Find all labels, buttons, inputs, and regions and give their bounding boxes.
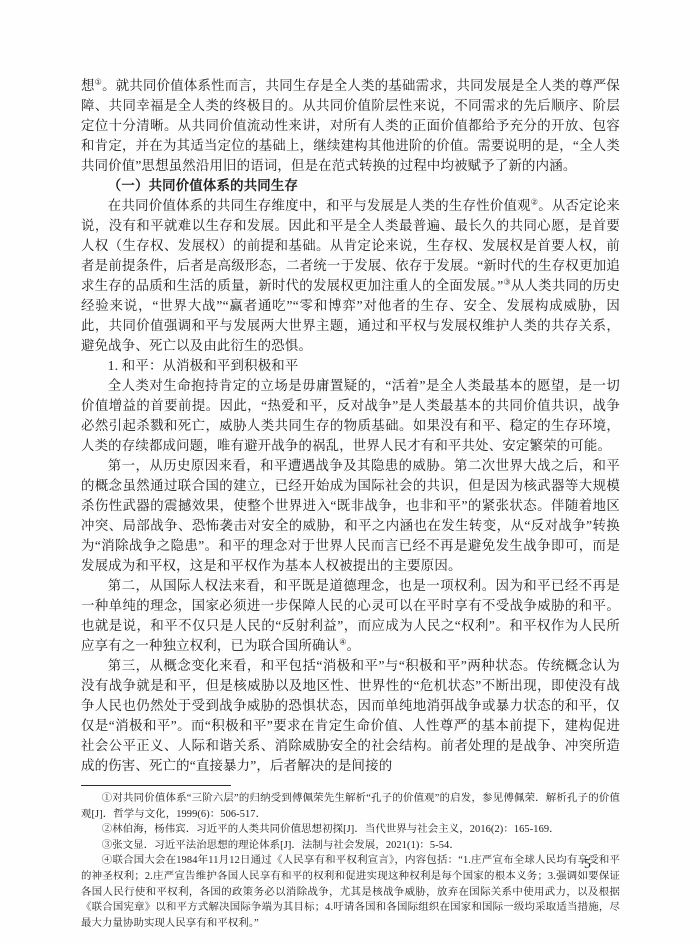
paragraph: 第二，从国际人权法来看，和平既是道德理念，也是一项权利。因为和平已经不再是一种单… [81,576,620,656]
footnote-ref-1: ① [95,78,102,87]
paragraph-text: 。就共同价值体系性而言，共同生存是全人类的基础需求，共同发展是全人类的尊严保障、… [81,78,620,173]
footnote-4: ④联合国大会在1984年11月12日通过《人民享有和平权利宣言》，内容包括：“1… [81,853,620,931]
paragraph: 第一，从历史原因来看，和平遭遇战争及其隐患的威胁。第二次世界大战之后，和平的概念… [81,456,620,576]
footnote-ref-3: ③ [503,278,510,287]
footnote-text: 对共同价值体系“三阶六层”的归纳受到傅佩荣先生解析“孔子的价值观”的启发，参见傅… [81,793,620,820]
footnote-ref-4: ④ [339,638,346,647]
footnote-marker: ③ [102,840,113,851]
subsection-heading: 1. 和平：从消极和平到积极和平 [81,356,620,376]
footnote-2: ②林伯海，杨伟宾．习近平的人类共同价值思想初探[J]．当代世界与社会主义，201… [81,822,620,838]
body-text: 想①。就共同价值体系性而言，共同生存是全人类的基础需求，共同发展是全人类的尊严保… [81,76,620,776]
footnotes-section: ①对共同价值体系“三阶六层”的归纳受到傅佩荣先生解析“孔子的价值观”的启发，参见… [81,791,620,931]
paragraph-text: 在共同价值体系的共同生存维度中，和平与发展是人类的生存性价值观 [108,198,531,213]
paragraph-text: 想 [81,78,95,93]
section-heading: （一）共同价值体系的共同生存 [81,176,620,196]
paragraph-continuation: 想①。就共同价值体系性而言，共同生存是全人类的基础需求，共同发展是全人类的尊严保… [81,76,620,176]
page-number: 5 [584,856,591,872]
footnote-separator [81,785,231,786]
book-page: 想①。就共同价值体系性而言，共同生存是全人类的基础需求，共同发展是全人类的尊严保… [0,0,700,943]
footnote-1: ①对共同价值体系“三阶六层”的归纳受到傅佩荣先生解析“孔子的价值观”的启发，参见… [81,791,620,822]
footnote-3: ③张文显．习近平法治思想的理论体系[J]．法制与社会发展，2021(1)：5-5… [81,838,620,854]
paragraph: 全人类对生命抱持肯定的立场是毋庸置疑的，“活着”是全人类最基本的愿望，是一切价值… [81,376,620,456]
footnote-text: 联合国大会在1984年11月12日通过《人民享有和平权利宣言》，内容包括：“1.… [81,855,620,928]
footnote-text: 张文显．习近平法治思想的理论体系[J]．法制与社会发展，2021(1)：5-54… [112,840,460,851]
paragraph: 第三，从概念变化来看，和平包括“消极和平”与“积极和平”两种状态。传统概念认为没… [81,656,620,776]
footnote-marker: ① [102,793,113,804]
footnote-marker: ④ [102,855,113,866]
footnote-text: 林伯海，杨伟宾．习近平的人类共同价值思想初探[J]．当代世界与社会主义，2016… [112,824,559,835]
paragraph-text: 。 [347,638,361,653]
footnote-marker: ② [102,824,113,835]
paragraph: 在共同价值体系的共同生存维度中，和平与发展是人类的生存性价值观②。从否定论来说，… [81,196,620,356]
